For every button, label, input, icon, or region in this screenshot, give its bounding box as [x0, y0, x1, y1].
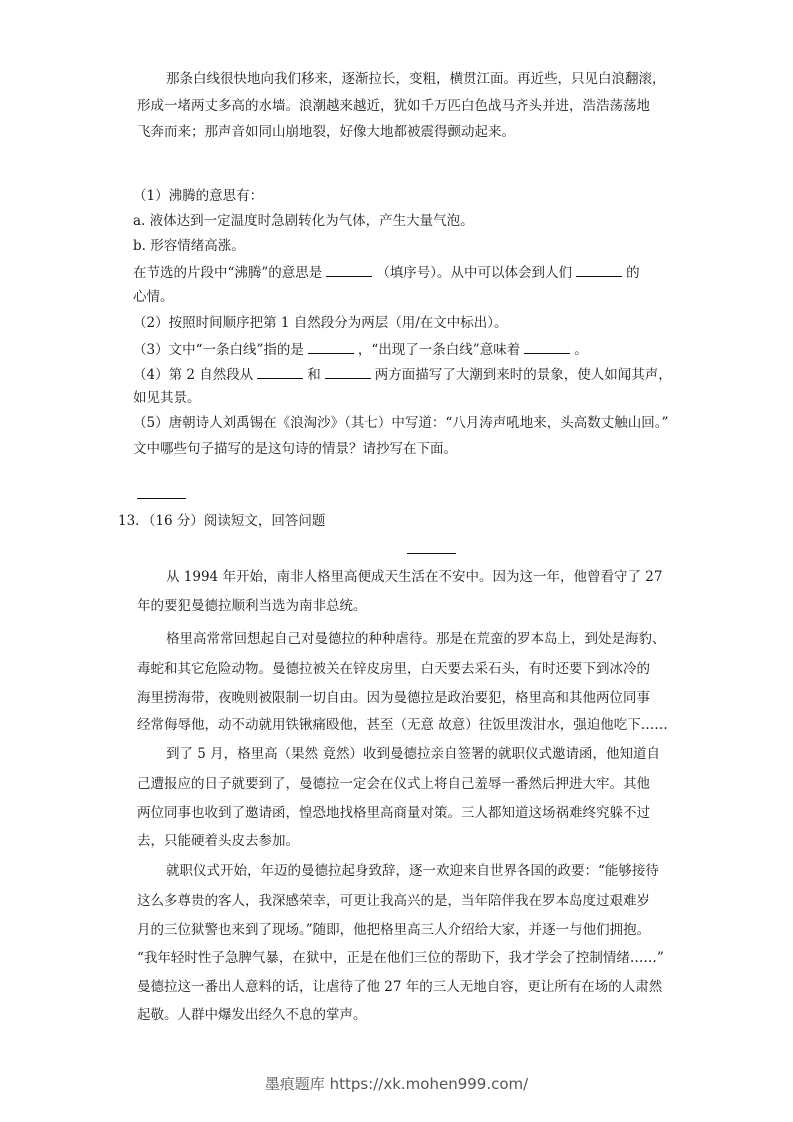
- question-4-line2: 如见其景。: [133, 389, 201, 407]
- passage2-line: 格里高常常回想起自己对曼德拉的种种虐待。那是在荒蛮的罗本岛上，到处是海豹、: [166, 630, 666, 648]
- question-1-title: （1）沸腾的意思有：: [133, 187, 263, 205]
- passage2-line: 毒蛇和其它危险动物。曼德拉被关在锌皮房里，白天要去采石头，有时还要下到冰冷的: [137, 660, 650, 678]
- passage2-line: 从 1994 年开始，南非人格里高便成天生活在不安中。因为这一年，他曾看守了 2…: [166, 568, 662, 586]
- watermark-footer: 墨痕题库 https://xk.mohen999.com/: [0, 1073, 793, 1094]
- question-3-part3: 。: [574, 342, 588, 358]
- passage2-line: 年的要犯曼德拉顺利当选为南非总统。: [137, 597, 367, 615]
- question-1-prompt-part2: （填序号）。从中可以体会到人们: [376, 265, 572, 281]
- question-1-prompt-part1: 在节选的片段中“沸腾”的意思是: [133, 265, 322, 281]
- title-blank-line[interactable]: [407, 553, 456, 554]
- passage2-line: 两位同事也收到了邀请函，惶恐地找格里高商量对策。三人都知道这场祸难终究躲不过: [137, 804, 650, 822]
- question-1-prompt-part3: 的: [626, 265, 640, 281]
- question-3-part1: （3）文中“一条白线”指的是: [133, 342, 304, 358]
- question-2: （2）按照时间顺序把第 1 自然段分为两层（用/在文中标出）。: [133, 314, 508, 332]
- answer-blank[interactable]: [308, 339, 354, 354]
- passage1-line: 飞奔而来；那声音如同山崩地裂，好像大地都被震得颤动起来。: [137, 123, 515, 141]
- passage2-line: 到了 5 月，格里高（果然 竟然）收到曼德拉亲自签署的就职仪式邀请函，他知道自: [166, 745, 660, 763]
- passage2-line: “我年轻时性子急脾气暴，在狱中，正是在他们三位的帮助下，我才学会了控制情绪……”: [137, 949, 664, 967]
- question-4-part2: 和: [307, 367, 321, 383]
- question-3-part2: ，“出现了一条白线”意味着: [358, 342, 520, 358]
- answer-blank[interactable]: [524, 339, 570, 354]
- document-page: 那条白线很快地向我们移来，逐渐拉长，变粗，横贯江面。再近些，只见白浪翻滚， 形成…: [0, 0, 793, 1122]
- passage2-line: 月的三位狱警也来到了现场。”随即，他把格里高三人介绍给大家，并逐一与他们拥抱。: [137, 921, 650, 939]
- answer-blank[interactable]: [576, 262, 622, 277]
- passage2-line: 去，只能硬着头皮去参加。: [137, 832, 299, 850]
- answer-blank[interactable]: [257, 364, 303, 379]
- passage2-line: 经常侮辱他，动不动就用铁锹痛殴他，甚至（无意 故意）往饭里泼泔水，强迫他吃下……: [137, 716, 668, 734]
- passage2-line: 起敬。人群中爆发出经久不息的掌声。: [137, 1006, 367, 1024]
- passage2-line: 这么多尊贵的客人，我深感荣幸，可更让我高兴的是，当年陪伴我在罗本岛度过艰难岁: [137, 892, 650, 910]
- passage2-line: 曼德拉这一番出人意料的话，让虐待了他 27 年的三人无地自容，更让所有在场的人肃…: [137, 978, 662, 996]
- passage2-line: 就职仪式开始，年迈的曼德拉起身致辞，逐一欢迎来自世界各国的政要：“能够接待: [166, 862, 659, 880]
- answer-blank[interactable]: [326, 262, 372, 277]
- question-1-option-a: a. 液体达到一定温度时急剧转化为气体，产生大量气泡。: [133, 212, 474, 230]
- passage1-line: 那条白线很快地向我们移来，逐渐拉长，变粗，横贯江面。再近些，只见白浪翻滚，: [166, 70, 666, 88]
- answer-line[interactable]: [137, 498, 186, 499]
- answer-blank[interactable]: [325, 364, 371, 379]
- question-4: （4）第 2 自然段从和两方面描写了大潮到来时的景象，使人如闻其声，: [133, 364, 672, 384]
- question-4-part1: （4）第 2 自然段从: [133, 367, 253, 383]
- question-5-line1: （5）唐朝诗人刘禹锡在《浪淘沙》（其七）中写道：“八月涛声吼地来，头高数丈触山回…: [133, 414, 668, 432]
- question-4-part3: 两方面描写了大潮到来时的景象，使人如闻其声，: [375, 367, 672, 383]
- question-1-option-b: b. 形容情绪高涨。: [133, 237, 245, 255]
- passage2-line: 海里捞海带，夜晚则被限制一切自由。因为曼德拉是政治要犯，格里高和其他两位同事: [137, 689, 650, 707]
- passage2-line: 己遭报应的日子就要到了，曼德拉一定会在仪式上将自己羞辱一番然后押进大牢。其他: [137, 775, 650, 793]
- question-5-line2: 文中哪些句子描写的是这句诗的情景？请抄写在下面。: [133, 440, 457, 458]
- question-1-prompt: 在节选的片段中“沸腾”的意思是（填序号）。从中可以体会到人们的: [133, 262, 640, 282]
- passage1-line: 形成一堵两丈多高的水墙。浪潮越来越近，犹如千万匹白色战马齐头并进，浩浩荡荡地: [137, 97, 650, 115]
- question-3: （3）文中“一条白线”指的是，“出现了一条白线”意味着。: [133, 339, 588, 359]
- question-1-prompt-line2: 心情。: [133, 288, 174, 306]
- question-13-header: 13．（16 分）阅读短文，回答问题: [118, 512, 325, 530]
